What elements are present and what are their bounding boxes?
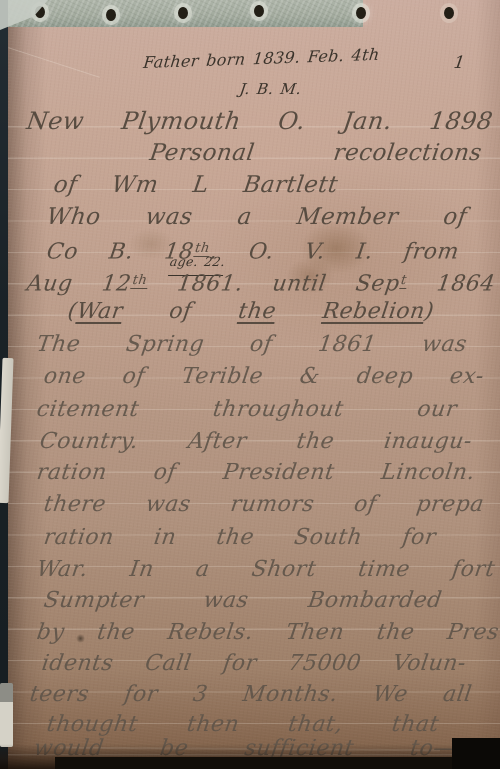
line-text: 1861. until Sep <box>176 272 402 297</box>
superscript: th <box>130 273 149 289</box>
scan-edge-bottom <box>55 757 500 769</box>
manuscript-line: New Plymouth O. Jan. 1898 <box>25 108 495 134</box>
underlined-word: Rebelion <box>321 299 427 324</box>
manuscript-line: there was rumors of prepa <box>42 492 486 518</box>
manuscript-line: (War of the Rebelion) <box>66 299 436 325</box>
manuscript-line: Sumpter was Bombarded <box>42 588 444 614</box>
manuscript-line: War. In a Short time fort <box>35 557 497 583</box>
manuscript-line: teers for 3 Months. We all <box>28 682 474 708</box>
manuscript-line: one of Terible & deep ex- <box>42 364 486 390</box>
manuscript-line: citement throughout our <box>35 397 459 423</box>
torn-corner-gap <box>452 738 500 769</box>
stitch-hole <box>254 5 264 17</box>
stitch-hole <box>178 7 188 19</box>
manuscript-line: Who was a Member of <box>45 204 469 230</box>
scanned-manuscript-page: Father born 1839. Feb. 4th J. B. M. age.… <box>0 0 500 769</box>
line-text: of <box>168 299 194 324</box>
underlined-word: War <box>75 299 124 324</box>
manuscript-line: ration of President Lincoln. <box>35 460 477 486</box>
line-text: Aug 12 <box>25 272 133 297</box>
manuscript-line: The Spring of 1861 was <box>35 332 469 358</box>
underlined-word: the <box>237 299 278 324</box>
manuscript-line: Personal recolections <box>148 140 484 166</box>
manuscript-line: of Wm L Bartlett <box>52 172 340 198</box>
line-text: Co B. 18 <box>45 240 195 265</box>
initials-note: J. B. M. <box>238 76 303 102</box>
manuscript-line: by the Rebels. Then the Pres <box>35 620 500 646</box>
manuscript-line: Co B. 18th. O. V. I. from <box>45 236 461 266</box>
stitch-hole <box>356 7 366 19</box>
manuscript-line: Country. After the inaugu- <box>38 429 474 455</box>
manuscript-line: idents Call for 75000 Volun- <box>40 651 468 677</box>
stitch-hole <box>444 7 454 19</box>
superscript: t <box>399 273 409 289</box>
manuscript-line: Aug 12th 1861. until Sept 1864 <box>25 268 497 298</box>
manuscript-line: ration in the South for <box>42 525 438 551</box>
stitch-hole <box>106 9 116 21</box>
line-text: . O. V. I. from <box>209 240 461 265</box>
paper-sliver <box>0 683 13 747</box>
line-text: 1864 <box>435 272 497 297</box>
manuscript-line: thought then that, that <box>45 712 441 738</box>
